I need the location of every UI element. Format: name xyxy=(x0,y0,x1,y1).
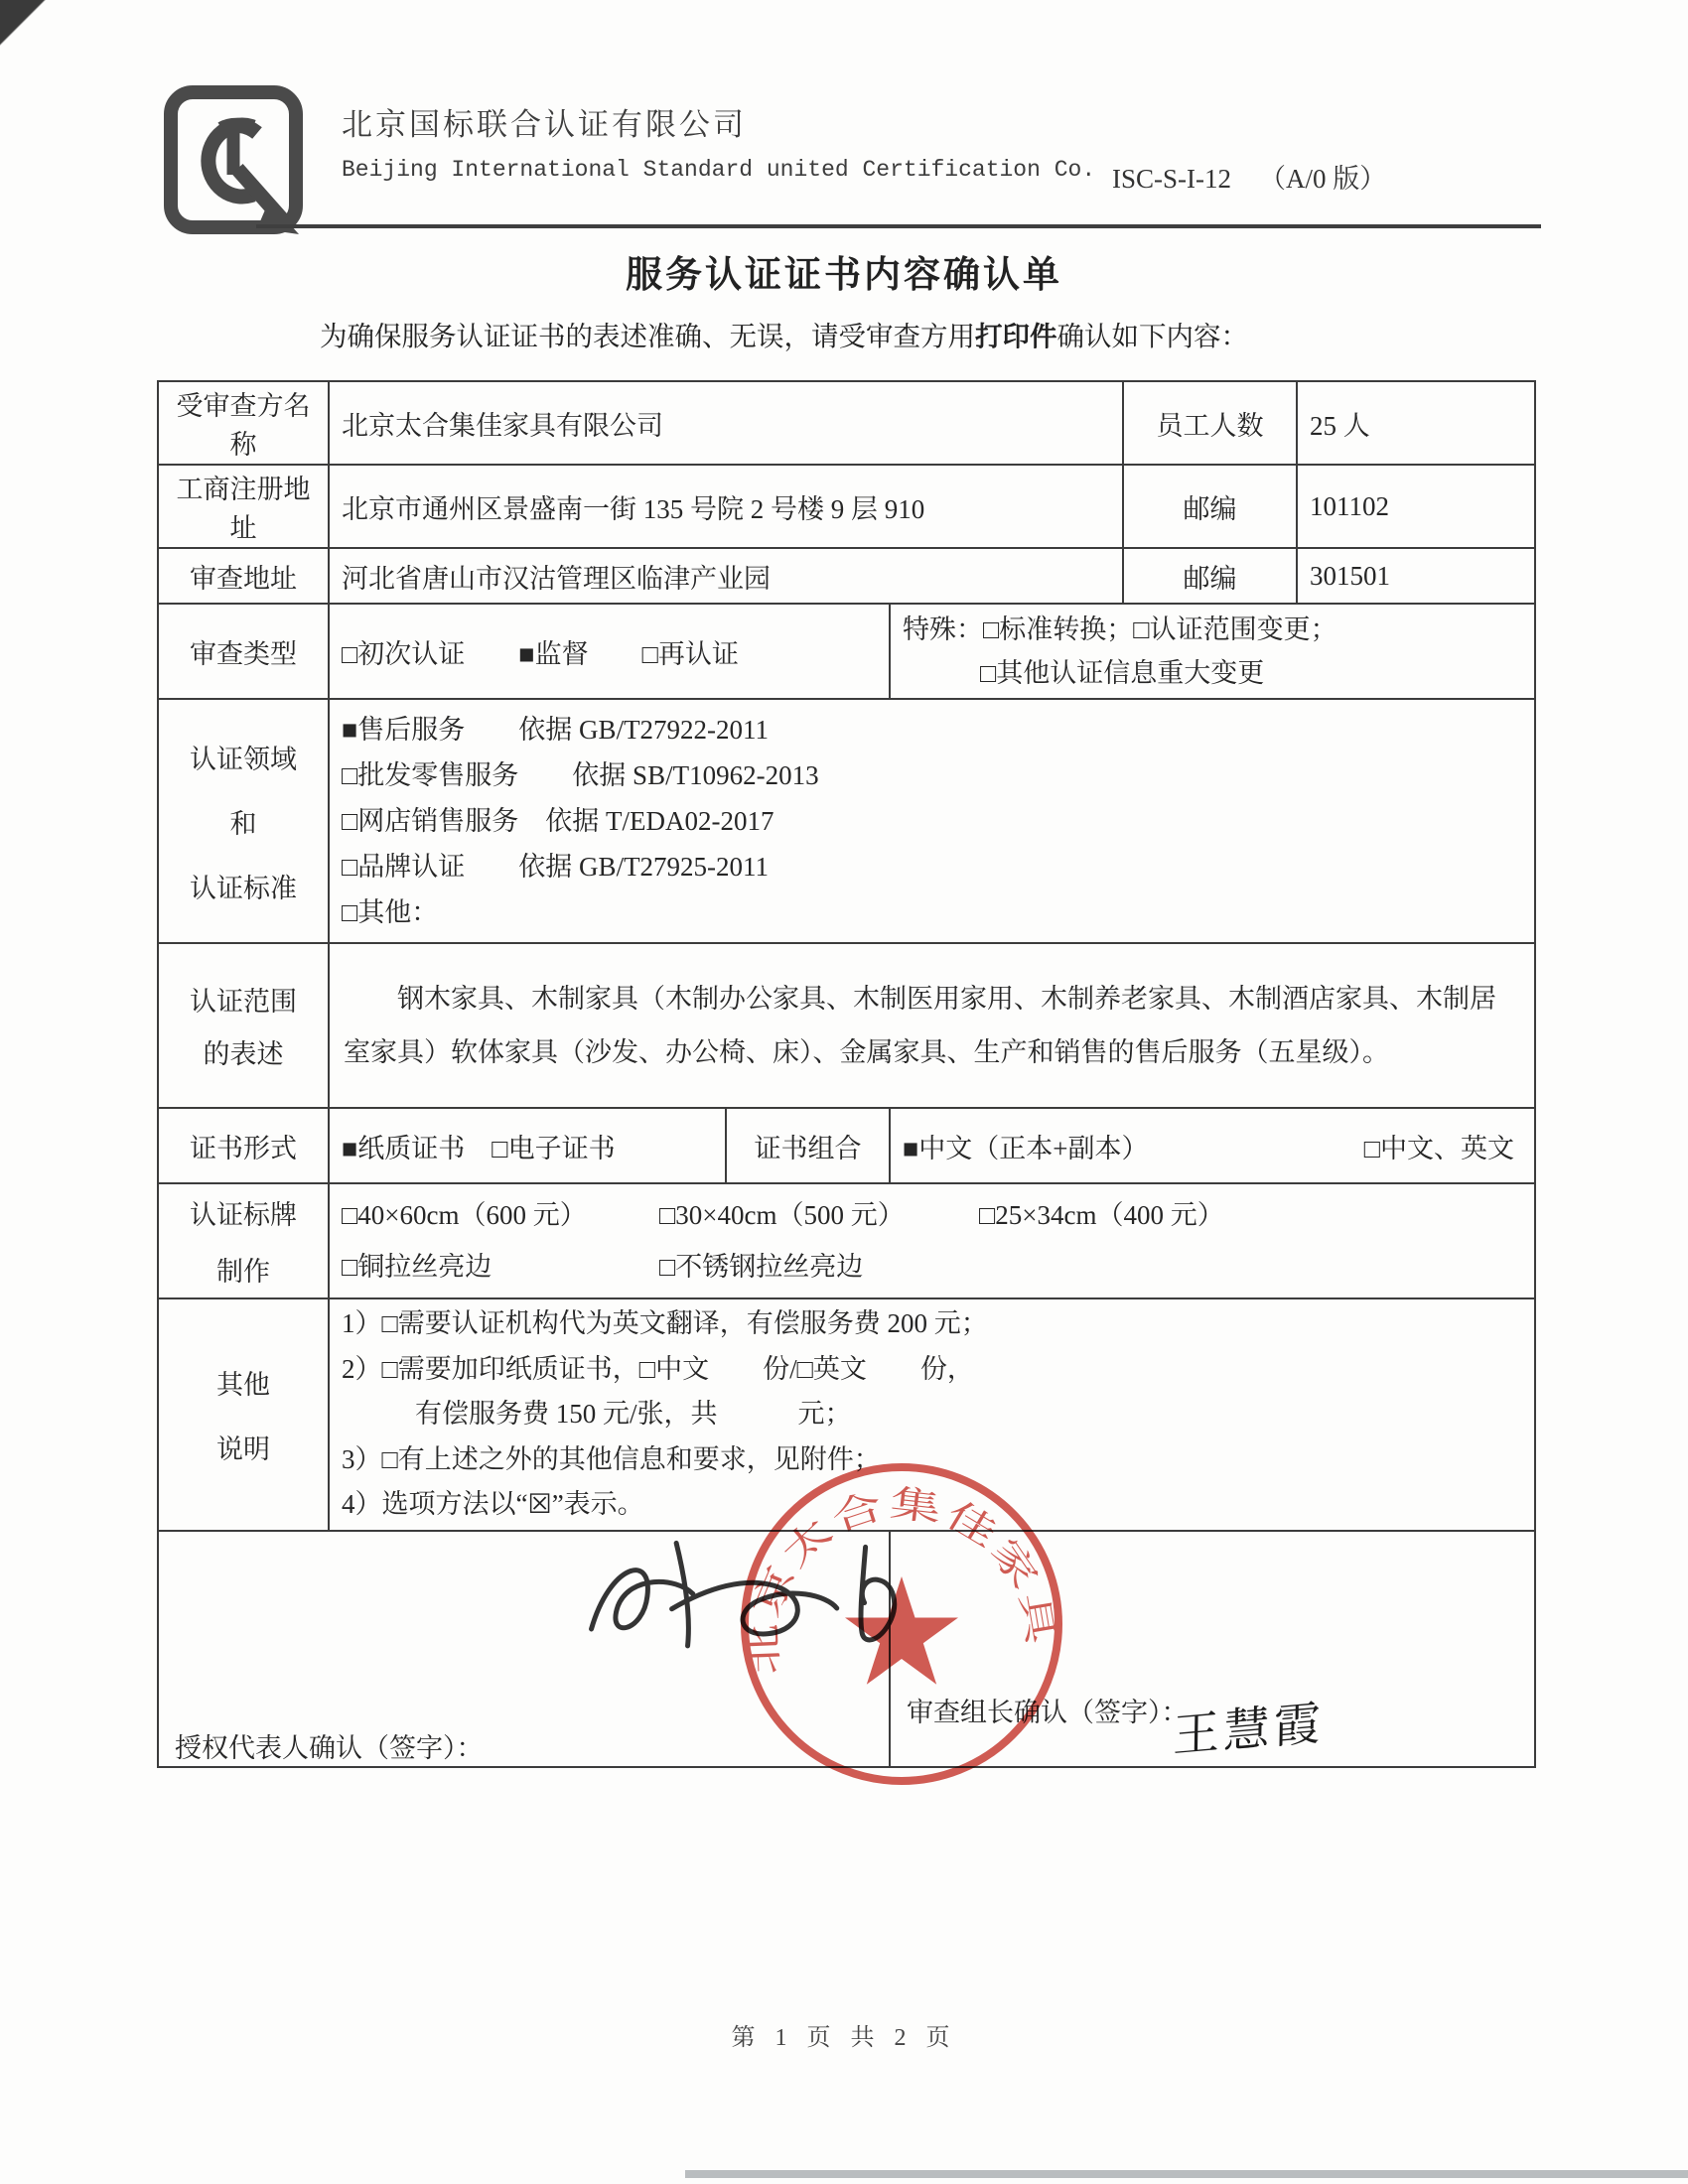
leader-signature: 王慧霞 xyxy=(1173,1686,1326,1766)
doc-version-text: （A/0 版） xyxy=(1259,164,1386,194)
header-divider xyxy=(256,224,1541,228)
audit-type-special: 特殊：□标准转换；□认证范围变更； □其他认证信息重大变更 xyxy=(890,604,1535,699)
page-title: 服务认证证书内容确认单 xyxy=(0,244,1688,298)
table-row: 认证范围 的表述 钢木家具、木制家具（木制办公家具、木制医用家用、木制养老家具、… xyxy=(158,943,1535,1108)
registered-address-label: 工商注册地址 xyxy=(158,465,329,548)
cert-field-item-other: □其他： xyxy=(342,889,1522,935)
special-line-2: □其他认证信息重大变更 xyxy=(980,651,1522,695)
postcode-value-1: 101102 xyxy=(1297,465,1535,548)
intro-bold: 打印件 xyxy=(975,321,1057,351)
table-row: 受审查方名称 北京太合集佳家具有限公司 员工人数 25 人 xyxy=(158,381,1535,465)
audit-address-label: 审查地址 xyxy=(158,548,329,604)
cert-combo-options: ■中文（正本+副本） □中文、英文 xyxy=(890,1108,1535,1183)
note-line-1: 1）□需要认证机构代为英文翻译，有偿服务费 200 元； xyxy=(342,1301,1522,1347)
table-row: 审查类型 □初次认证 ■监督 □再认证 特殊：□标准转换；□认证范围变更； □其… xyxy=(158,604,1535,699)
plaque-label-line: 制作 xyxy=(171,1250,316,1289)
cert-form-paper-options: ■纸质证书 □电子证书 xyxy=(329,1108,726,1183)
audit-address-value: 河北省唐山市汉沽管理区临津产业园 xyxy=(329,548,1123,604)
special-line-1: 特殊：□标准转换；□认证范围变更； xyxy=(903,608,1522,651)
plaque-edge-option: □不锈钢拉丝亮边 xyxy=(659,1241,863,1293)
authorized-signature-label: 授权代表人确认（签字）： xyxy=(175,1726,484,1765)
cert-combo-label: 证书组合 xyxy=(726,1108,890,1183)
page-number: 第 1 页 共 2 页 xyxy=(0,2017,1688,2052)
plaque-edge-option: □铜拉丝亮边 xyxy=(342,1241,659,1293)
postcode-label-2: 邮编 xyxy=(1123,548,1297,604)
scope-label-line: 认证范围 xyxy=(171,980,316,1019)
employee-count-label: 员工人数 xyxy=(1123,381,1297,465)
table-row: 认证标牌 制作 □40×60cm（600 元） □30×40cm（500 元） … xyxy=(158,1183,1535,1298)
plaque-size-option: □40×60cm（600 元） xyxy=(342,1189,659,1241)
auditee-name-label: 受审查方名称 xyxy=(158,381,329,465)
intro-prefix: 为确保服务认证证书的表述准确、无误，请受审查方用 xyxy=(320,321,975,351)
doc-code-text: ISC-S-I-12 xyxy=(1112,164,1231,194)
company-name-en: Beijing International Standard united Ce… xyxy=(342,157,1095,183)
scope-cell: 钢木家具、木制家具（木制办公家具、木制医用家用、木制养老家具、木制酒店家具、木制… xyxy=(329,943,1535,1108)
document-code: ISC-S-I-12（A/0 版） xyxy=(1112,157,1539,196)
cert-field-item-wholesale: □批发零售服务 依据 SB/T10962-2013 xyxy=(342,752,1522,798)
note-line-2: 2）□需要加印纸质证书，□中文 份/□英文 份， xyxy=(342,1347,1522,1393)
note-line-2-cont: 有偿服务费 150 元/张，共 元； xyxy=(415,1392,1522,1437)
cert-form-label: 证书形式 xyxy=(158,1108,329,1183)
scan-artifact-bottom xyxy=(685,2170,1688,2178)
combo-option-en: □中文、英文 xyxy=(1364,1127,1514,1165)
table-row: 工商注册地址 北京市通州区景盛南一街 135 号院 2 号楼 9 层 910 邮… xyxy=(158,465,1535,548)
table-row: 认证领域 和 认证标准 ■售后服务 依据 GB/T27922-2011 □批发零… xyxy=(158,699,1535,943)
audit-type-options: □初次认证 ■监督 □再认证 xyxy=(329,604,890,699)
scan-artifact-top-left xyxy=(0,0,70,46)
other-notes-label-line: 说明 xyxy=(171,1428,316,1466)
table-row: 审查地址 河北省唐山市汉沽管理区临津产业园 邮编 301501 xyxy=(158,548,1535,604)
plaque-label: 认证标牌 制作 xyxy=(158,1183,329,1298)
plaque-size-option: □25×34cm（400 元） xyxy=(979,1189,1224,1241)
cert-field-item-aftersale: ■售后服务 依据 GB/T27922-2011 xyxy=(342,707,1522,752)
other-notes-label: 其他 说明 xyxy=(158,1298,329,1531)
cert-field-label-line: 认证领域 xyxy=(171,738,316,776)
other-notes-label-line: 其他 xyxy=(171,1363,316,1402)
employee-count-value: 25 人 xyxy=(1297,381,1535,465)
intro-text: 为确保服务认证证书的表述准确、无误，请受审查方用打印件确认如下内容： xyxy=(320,314,1248,353)
plaque-options: □40×60cm（600 元） □30×40cm（500 元） □25×34cm… xyxy=(329,1183,1535,1298)
registered-address-value: 北京市通州区景盛南一街 135 号院 2 号楼 9 层 910 xyxy=(329,465,1123,548)
postcode-value-2: 301501 xyxy=(1297,548,1535,604)
cert-field-item-brand: □品牌认证 依据 GB/T27925-2011 xyxy=(342,844,1522,889)
table-row: 证书形式 ■纸质证书 □电子证书 证书组合 ■中文（正本+副本） □中文、英文 xyxy=(158,1108,1535,1183)
plaque-label-line: 认证标牌 xyxy=(171,1193,316,1232)
plaque-size-option: □30×40cm（500 元） xyxy=(659,1189,979,1241)
scope-label: 认证范围 的表述 xyxy=(158,943,329,1108)
intro-suffix: 确认如下内容： xyxy=(1057,321,1249,351)
cert-field-label: 认证领域 和 认证标准 xyxy=(158,699,329,943)
seal-star-icon xyxy=(845,1576,958,1685)
company-seal: 北京太合集佳家具有限公司 xyxy=(733,1451,1070,1797)
cert-field-label-line: 认证标准 xyxy=(171,867,316,905)
cert-field-items: ■售后服务 依据 GB/T27922-2011 □批发零售服务 依据 SB/T1… xyxy=(329,699,1535,943)
postcode-label-1: 邮编 xyxy=(1123,465,1297,548)
combo-option-cn: ■中文（正本+副本） xyxy=(903,1127,1149,1165)
document-page: 北京国标联合认证有限公司 Beijing International Stand… xyxy=(0,0,1688,2184)
scope-text: 钢木家具、木制家具（木制办公家具、木制医用家用、木制养老家具、木制酒店家具、木制… xyxy=(342,968,1522,1083)
cert-field-item-onlineshop: □网店销售服务 依据 T/EDA02-2017 xyxy=(342,798,1522,844)
auditee-name-value: 北京太合集佳家具有限公司 xyxy=(329,381,1123,465)
scope-label-line: 的表述 xyxy=(171,1032,316,1071)
company-name-cn: 北京国标联合认证有限公司 xyxy=(342,99,747,144)
audit-type-label: 审查类型 xyxy=(158,604,329,699)
cert-field-label-line: 和 xyxy=(171,802,316,841)
